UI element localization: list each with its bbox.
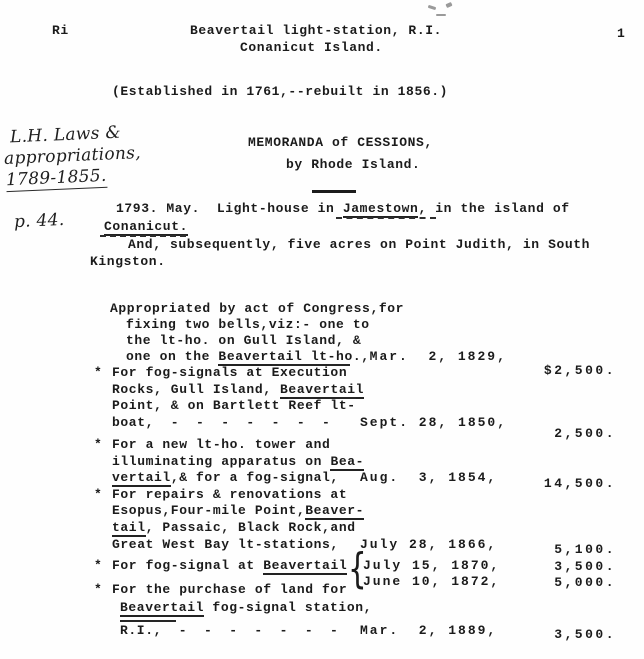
approp-row5-amount1: 3,500. — [530, 560, 616, 573]
approp-row1-line2: fixing two bells,viz:- one to — [126, 318, 370, 331]
approp-row4-amount: 5,100. — [530, 543, 616, 556]
entry-judith-line1: And, subsequently, five acres on Point J… — [128, 238, 590, 251]
approp-row4-line3: tail, Passaic, Black Rock,and — [112, 521, 356, 534]
approp-row5-star: * — [94, 559, 102, 572]
stray-underline-mark — [288, 397, 356, 399]
handwritten-page-ref: p. 44. — [14, 211, 65, 231]
approp-row1-line1: Appropriated by act of Congress,for — [110, 302, 404, 315]
memoranda-title: MEMORANDA of CESSIONS, — [248, 136, 433, 149]
memoranda-byline: by Rhode Island. — [286, 158, 420, 171]
stray-underline-mark — [120, 620, 176, 622]
approp-row3-post: ,& for a fog-signal, — [171, 470, 339, 485]
approp-row1-date: Mar. 2, 1829, — [370, 349, 507, 364]
entry-judith-line2: Kingston. — [90, 255, 166, 268]
section-rule — [312, 190, 356, 193]
approp-row6-beavertail: Beavertail — [120, 600, 204, 617]
entry-1793-conanicut: Conanicut. — [104, 219, 188, 236]
approp-row3-line3: vertail,& for a fog-signal, — [112, 471, 339, 484]
approp-row5-date2: June 10, 1872, — [363, 575, 500, 588]
approp-row2-amount: 2,500. — [530, 427, 616, 440]
approp-row1-line4: one on the Beavertail lt-ho.,Mar. 2, 182… — [126, 350, 507, 363]
approp-row1-amount: $2,500. — [530, 364, 616, 377]
page-subtitle: Conanicut Island. — [240, 41, 383, 54]
established-note: (Established in 1761,--rebuilt in 1856.) — [112, 85, 448, 98]
approp-row2-line3: Point, & on Bartlett Reef lt- — [112, 399, 356, 412]
handwritten-note-line3: 1789-1855. — [6, 167, 107, 189]
approp-row6-line3: R.I., - - - - - - - — [120, 624, 338, 637]
approp-row4-line2: Esopus,Four-mile Point,Beaver- — [112, 504, 364, 517]
document-page: Ri Beavertail light-station, R.I. Conani… — [0, 0, 644, 659]
approp-row3-date: Aug. 3, 1854, — [360, 471, 497, 484]
approp-row6-date: Mar. 2, 1889, — [360, 624, 497, 637]
approp-row2-pre: Rocks, Gull Island, — [112, 382, 280, 397]
approp-row2-line4: boat, - - - - - - - — [112, 416, 330, 429]
collection-mark: Ri — [52, 24, 69, 37]
entry-1793-jamestown: Jamestown — [343, 201, 419, 218]
page-number: 1 — [617, 27, 625, 40]
approp-row2-line1: For fog-signals at Execution — [112, 366, 347, 379]
approp-row5-pre: For fog-signal at — [112, 558, 263, 573]
entry-1793-post: , in the island of — [418, 201, 569, 216]
approp-row6-star: * — [94, 583, 102, 596]
approp-row1-line3: the lt-ho. on Gull Island, & — [126, 334, 361, 347]
approp-row2-date: Sept. 28, 1850, — [360, 416, 507, 429]
approp-row1-post: lt-ho., — [302, 349, 369, 364]
page-title: Beavertail light-station, R.I. — [190, 24, 442, 37]
approp-row3-pre: illuminating apparatus on — [112, 454, 330, 469]
approp-row4-star: * — [94, 488, 102, 501]
approp-row3-amount: 14,500. — [530, 477, 616, 490]
handwritten-years: 1789-1855. — [6, 166, 108, 192]
approp-row4-line4: Great West Bay lt-stations, — [112, 538, 339, 551]
dashed-underline-mark — [336, 217, 436, 219]
approp-row3-line2: illuminating apparatus on Bea- — [112, 455, 364, 468]
approp-row4-line1: For repairs & renovations at — [112, 488, 347, 501]
scan-speck — [445, 2, 452, 8]
approp-row2-star: * — [94, 366, 102, 379]
stray-underline-mark — [272, 364, 350, 366]
approp-row5-amount2: 5,000. — [530, 576, 616, 589]
approp-row4-post: , Passaic, Black Rock,and — [146, 520, 356, 535]
approp-row1-pre: one on the — [126, 349, 218, 364]
approp-row4-beaver: Beaver- — [305, 503, 364, 520]
approp-row3-bea: Bea- — [330, 454, 364, 471]
entry-1793-line2: Conanicut. — [104, 220, 188, 233]
approp-row3-line1: For a new lt-ho. tower and — [112, 438, 330, 451]
approp-row6-post: fog-signal station, — [204, 600, 372, 615]
scan-speck — [436, 14, 446, 16]
approp-row5-date1: July 15, 1870, — [363, 559, 500, 572]
approp-row6-line2: Beavertail fog-signal station, — [120, 601, 372, 614]
approp-row5-line1: For fog-signal at Beavertail — [112, 559, 347, 572]
approp-row2-line2: Rocks, Gull Island, Beavertail — [112, 383, 364, 396]
handwritten-note-line2: appropriations, — [4, 144, 142, 168]
approp-row3-star: * — [94, 438, 102, 451]
approp-row4-date: July 28, 1866, — [360, 538, 497, 551]
approp-row6-amount: 3,500. — [530, 628, 616, 641]
entry-1793-pre: 1793. May. Light-house in — [116, 201, 343, 216]
approp-row4-pre: Esopus,Four-mile Point, — [112, 503, 305, 518]
scan-speck — [428, 5, 437, 10]
handwritten-note-line1: L.H. Laws & — [10, 124, 122, 147]
approp-row6-line1: For the purchase of land for — [112, 583, 347, 596]
approp-row5-beavertail: Beavertail — [263, 558, 347, 575]
approp-row4-tail: tail — [112, 520, 146, 537]
approp-row3-vertail: vertail — [112, 470, 171, 487]
entry-1793-line1: 1793. May. Light-house in Jamestown, in … — [116, 202, 570, 215]
